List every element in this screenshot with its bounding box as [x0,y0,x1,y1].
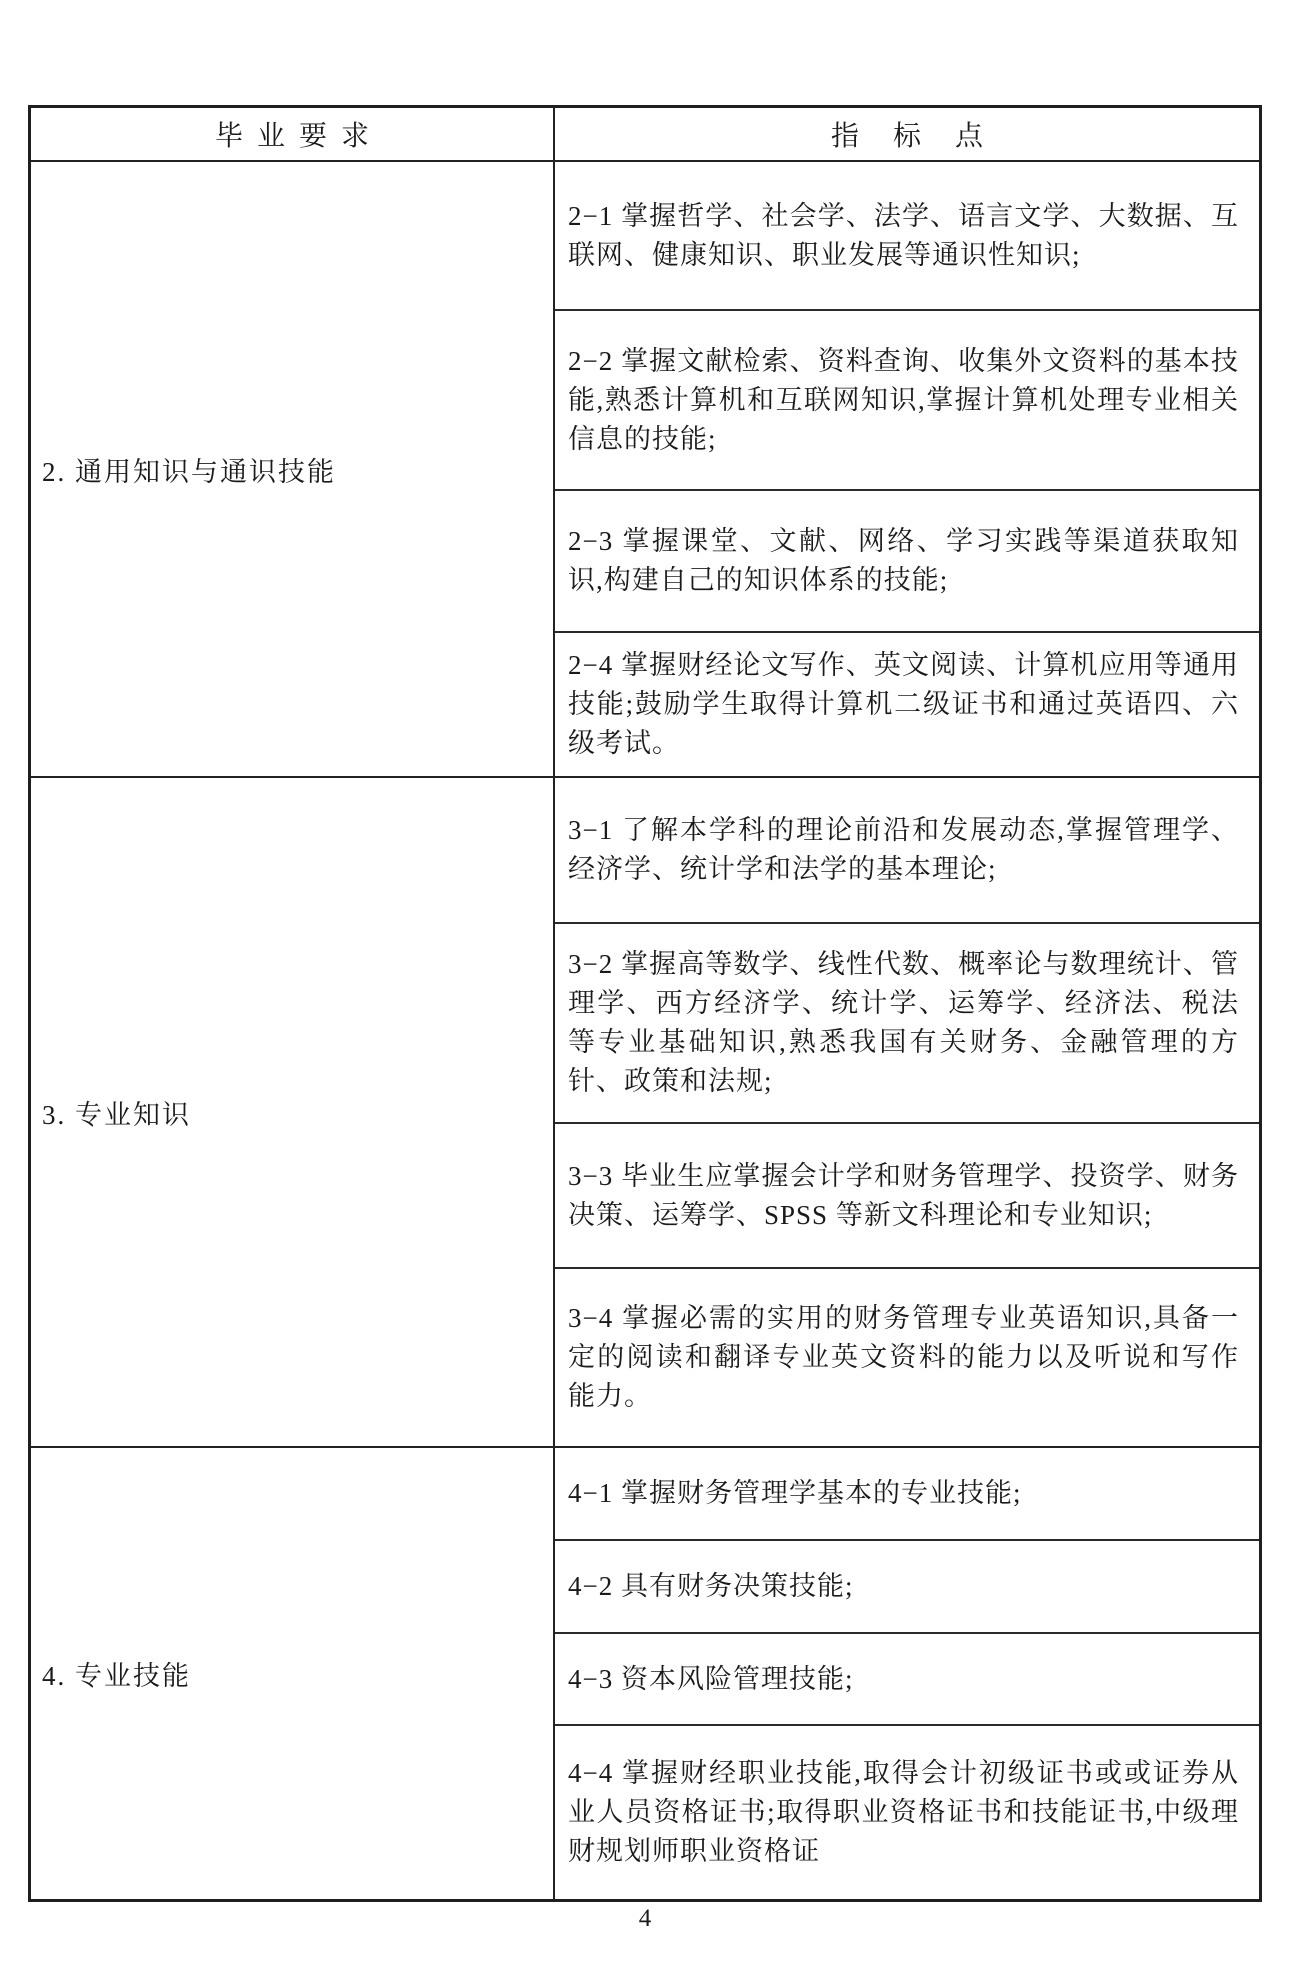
requirement-label: 4. 专业技能 [31,1448,555,1899]
indicator-2-1: 2−1 掌握哲学、社会学、法学、语言文学、大数据、互联网、健康知识、职业发展等通… [555,162,1259,311]
indicator-2-2: 2−2 掌握文献检索、资料查询、收集外文资料的基本技能,熟悉计算机和互联网知识,… [555,311,1259,491]
requirement-label: 2. 通用知识与通识技能 [31,162,555,776]
table-header-row: 毕业要求 指标点 [31,108,1259,162]
header-graduation-requirements: 毕业要求 [31,108,555,160]
indicator-4-1: 4−1 掌握财务管理学基本的专业技能; [555,1448,1259,1541]
indicator-4-4: 4−4 掌握财经职业技能,取得会计初级证书或或证券从业人员资格证书;取得职业资格… [555,1726,1259,1899]
document-page: 毕业要求 指标点 2. 通用知识与通识技能 2−1 掌握哲学、社会学、法学、语言… [0,0,1290,1963]
page-number: 4 [0,1905,1290,1933]
indicator-4-2: 4−2 具有财务决策技能; [555,1541,1259,1634]
requirement-label: 3. 专业知识 [31,778,555,1446]
graduation-requirements-table: 毕业要求 指标点 2. 通用知识与通识技能 2−1 掌握哲学、社会学、法学、语言… [28,105,1262,1902]
section-professional-skills: 4. 专业技能 4−1 掌握财务管理学基本的专业技能; 4−2 具有财务决策技能… [31,1448,1259,1899]
indicator-column: 4−1 掌握财务管理学基本的专业技能; 4−2 具有财务决策技能; 4−3 资本… [555,1448,1259,1899]
indicator-3-4: 3−4 掌握必需的实用的财务管理专业英语知识,具备一定的阅读和翻译专业英文资料的… [555,1269,1259,1446]
indicator-column: 3−1 了解本学科的理论前沿和发展动态,掌握管理学、经济学、统计学和法学的基本理… [555,778,1259,1446]
header-indicator-points: 指标点 [555,108,1259,160]
indicator-3-1: 3−1 了解本学科的理论前沿和发展动态,掌握管理学、经济学、统计学和法学的基本理… [555,778,1259,924]
indicator-2-4: 2−4 掌握财经论文写作、英文阅读、计算机应用等通用技能;鼓励学生取得计算机二级… [555,633,1259,776]
indicator-3-3: 3−3 毕业生应掌握会计学和财务管理学、投资学、财务决策、运筹学、SPSS 等新… [555,1124,1259,1269]
indicator-column: 2−1 掌握哲学、社会学、法学、语言文学、大数据、互联网、健康知识、职业发展等通… [555,162,1259,776]
section-general-knowledge: 2. 通用知识与通识技能 2−1 掌握哲学、社会学、法学、语言文学、大数据、互联… [31,162,1259,778]
indicator-4-3: 4−3 资本风险管理技能; [555,1634,1259,1726]
section-professional-knowledge: 3. 专业知识 3−1 了解本学科的理论前沿和发展动态,掌握管理学、经济学、统计… [31,778,1259,1448]
indicator-3-2: 3−2 掌握高等数学、线性代数、概率论与数理统计、管理学、西方经济学、统计学、运… [555,924,1259,1124]
indicator-2-3: 2−3 掌握课堂、文献、网络、学习实践等渠道获取知识,构建自己的知识体系的技能; [555,491,1259,633]
